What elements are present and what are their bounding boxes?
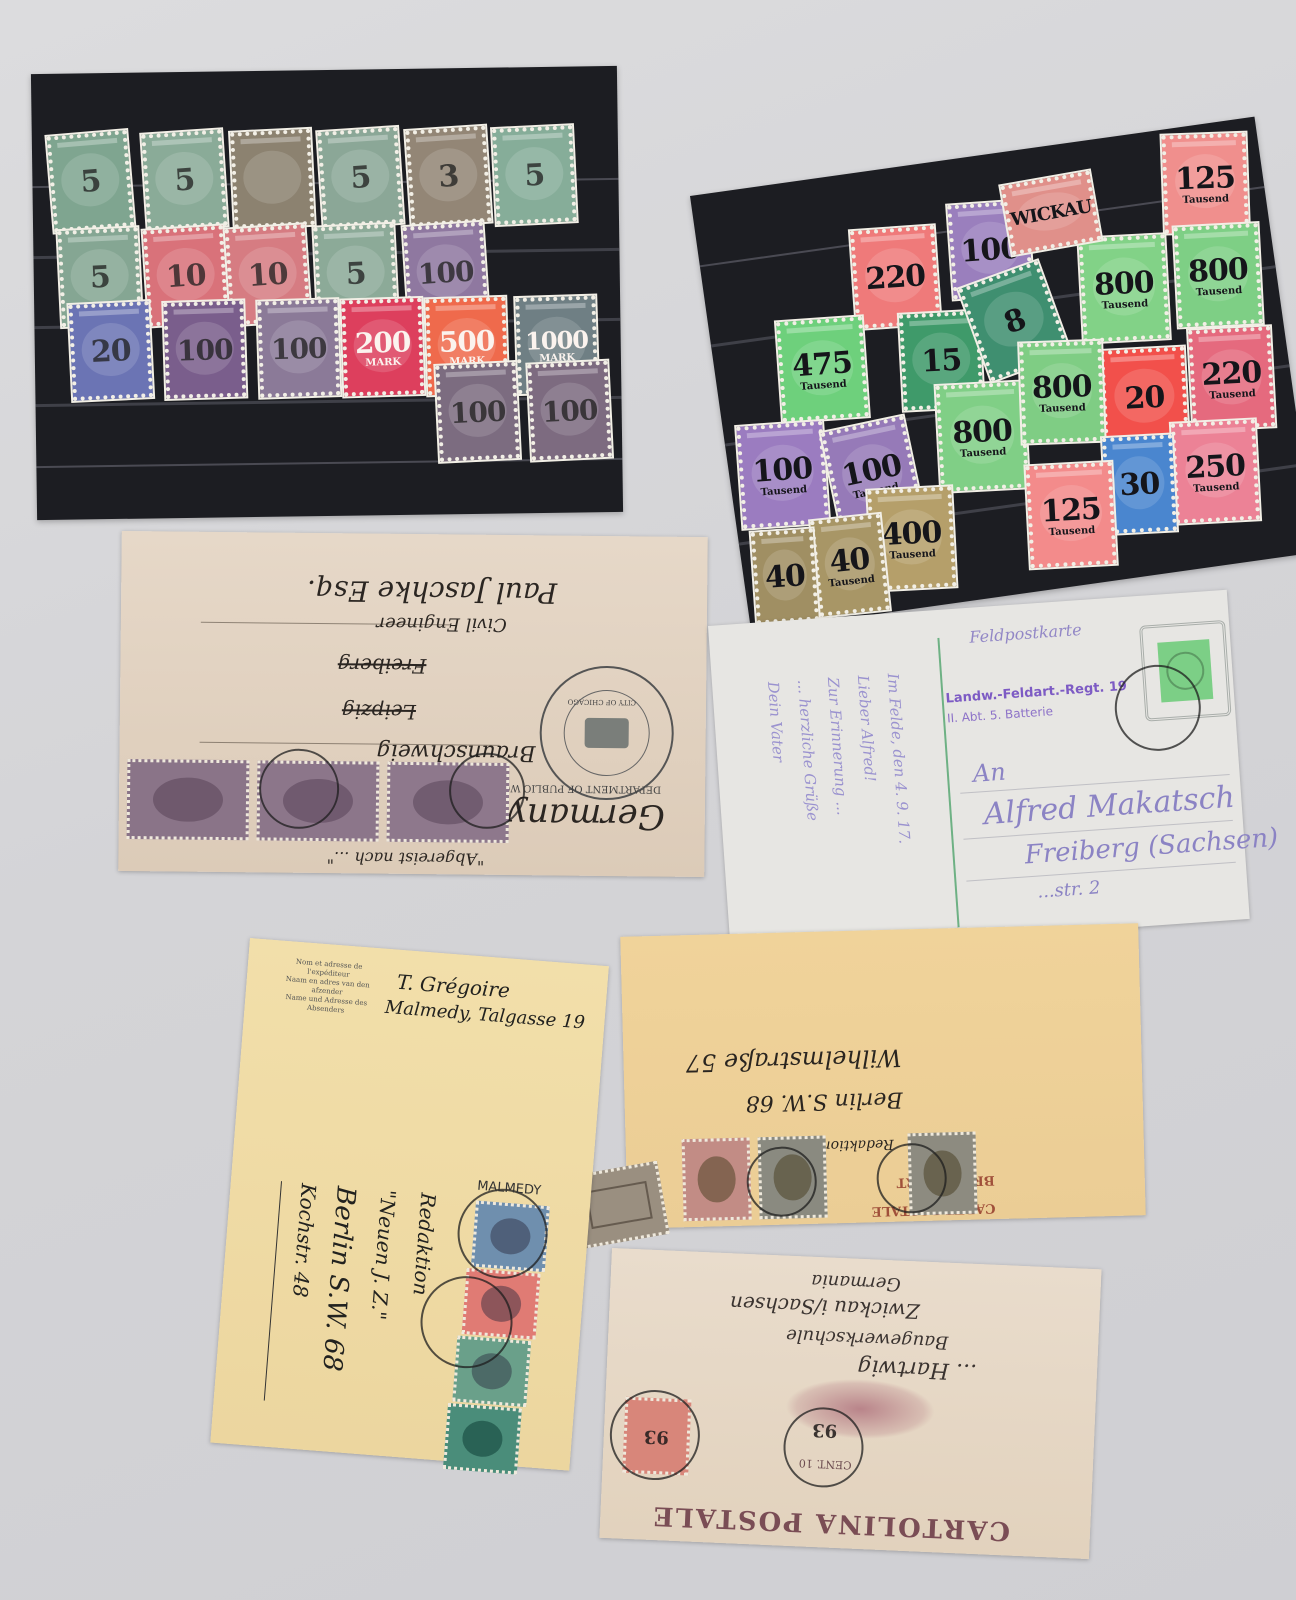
stamp-value: 5 [349,159,371,195]
value-text: CENT. 10 [799,1456,852,1471]
handwriting-line: Berlin S.W. 68 [745,1086,903,1115]
stamp: 250Tausend [1171,419,1260,523]
stamp-value: 800 [1093,265,1154,303]
stamp: 800Tausend [1019,341,1104,444]
recipient-line: "Neuen J. Z." [366,1189,400,1321]
postmark-year: 93 [812,1419,838,1441]
sender-address: Malmedy, Talgasse 19 [384,997,586,1034]
stamp: 100 [163,300,246,398]
stamp-subtext: Tausend [800,379,847,393]
stockcard-left: 5553551010510020100100200MARK500MARK1000… [31,66,623,520]
lion-icon [697,1156,735,1203]
stamp-header [324,231,384,239]
stamp: 5 [47,130,135,232]
stamp-value: 220 [1201,355,1262,393]
public-works-seal: DEPARTMENT OF PUBLIC WORKS CITY OF CHICA… [539,665,674,800]
handwriting-line: "Abgereist nach ..." [327,848,485,869]
stamp: 100 [435,362,520,462]
stamp-value: 100 [417,254,475,291]
card-belgian-malmedy: Nom et adresse de l'expéditeurNaam en ad… [210,938,609,1471]
stamp-value: 500 [438,324,494,359]
stamp-subtext: Tausend [1196,285,1243,298]
stamp: 3 [405,126,491,227]
stamp-header [946,389,1014,398]
stamp-header [1184,231,1248,239]
stamp-value: 20 [90,333,131,370]
postmark-cancel [449,752,526,829]
stamp-value: 800 [1031,369,1092,406]
postmark-cancel [259,748,340,829]
stamp: 125Tausend [1026,462,1117,568]
cover-chicago: Germany Braunschweig Leipzig Freiberg Ci… [118,531,708,877]
stamp-subtext: Tausend [1209,388,1256,401]
address-prefix: An [972,758,1007,788]
stamp-subtext: Tausend [760,484,807,498]
handwriting-line: Germany [507,795,665,837]
stamp: 20 [68,301,153,401]
stamp-value: 100 [449,394,506,430]
stamp-value: 5 [89,259,111,295]
stamp: 475Tausend [776,316,869,422]
stamp-value: 5 [345,256,367,292]
stamp: 125Tausend [1162,133,1249,234]
handwriting-line: Germania [811,1270,901,1295]
card-feldpost: Feldpostkarte Landw.-Feldart.-Regt. 19 I… [708,590,1250,955]
message-line: Im Felde, den 4. 9. 17. [884,673,914,845]
stamp-value: 5 [524,157,546,193]
handwriting-line: Wilhelmstraße 57 [685,1044,902,1078]
stamp: 100Tausend [736,421,829,529]
stamp: 200MARK [341,298,424,396]
sender-name: T. Grégoire [396,970,511,1003]
seal-inner-text: CITY OF CHICAGO [568,698,637,707]
stamp-header [761,536,803,544]
stamp-header [1110,354,1174,362]
message-text: Im Felde, den 4. 9. 17.Lieber Alfred!Zur… [752,671,948,923]
stamp-value: 15 [921,342,963,379]
message-line: Dein Vater [764,681,788,763]
unit-stamp: II. Abt. 5. Batterie [947,704,1054,725]
stamp-subtext: Tausend [1039,402,1086,415]
stamp-header [525,303,585,310]
stamp: 100 [527,361,612,461]
message-line: ... herzliche Grüße [794,679,822,822]
stamp-value: 100 [177,332,233,367]
recipient-city: Freiberg (Sachsen) [1024,823,1279,871]
stamp-value: 10 [165,257,207,295]
stamp-subtext: Tausend [1182,193,1229,206]
portrait-icon [461,1419,504,1458]
stamp: 100 [257,299,340,397]
card-belgian-briefkaart: Berlin S.W. 68 Wilhelmstraße 57 Redaktio… [620,923,1145,1228]
recipient-line: Berlin S.W. 68 [316,1185,360,1372]
stamp [230,129,315,229]
stamp-header [174,308,234,315]
stamp-header [152,137,212,146]
stamp-value: 125 [1040,492,1101,530]
stamp-subtext: Tausend [889,548,936,561]
stamp-header [821,522,871,532]
stamp-value: 5 [173,162,195,198]
stamp-subtext: Tausend [1048,525,1095,538]
card-title: CARTOLINA POSTALE [651,1500,1011,1546]
stamp-header [1029,348,1091,355]
stamp-value: 20 [1124,379,1166,416]
stamp-header [328,135,388,144]
stamp-oval [242,149,302,205]
card-header: Feldpostkarte [969,620,1082,647]
stamp: 40 [751,528,819,624]
message-line: Zur Erinnerung ... [824,677,852,816]
stamp-vignette [153,777,223,822]
stamp-value: 5 [79,163,102,200]
stamp-value: 800 [951,413,1012,451]
sender-labels: Nom et adresse de l'expéditeurNaam en ad… [270,956,384,1018]
stamp: 40Tausend [810,514,890,617]
stamp: 220Tausend [1188,326,1275,430]
stamp-value: 3 [437,158,459,194]
stamp-value: 30 [1119,466,1161,503]
stamp: 800Tausend [1174,223,1263,327]
stamp-header [538,368,598,376]
recipient-line: Kochstr. 48 [288,1182,321,1298]
stamp: 800Tausend [1078,234,1169,342]
stamp-value: 100 [271,331,327,366]
stamp-value: 400 [881,515,942,553]
stamp-header [79,309,139,317]
stamp-header [1089,242,1155,250]
handwriting-line: Baugewerkschule [786,1325,949,1353]
handwriting-line: Paul Jaschke Esq. [307,574,558,610]
city-hall-icon [585,718,629,748]
stamp-header [267,306,327,313]
stamp: 5 [492,125,577,225]
stamp-header [878,494,942,502]
stamp-pile: 125Tausend100220475Tausend158800Tausend8… [690,117,1254,196]
stamp-header [351,305,411,312]
stamp-header [240,136,300,144]
stamp-header [1198,334,1260,342]
stamp-header [747,429,813,439]
handwriting-line: Leipzig [342,699,416,724]
stamp: 800Tausend [936,381,1029,491]
stamp-header [1181,427,1245,435]
stamp-subtext: MARK [365,357,401,369]
stamp-header [235,232,295,241]
handwriting-line: Freiberg [338,653,427,678]
stamp [682,1138,752,1222]
stamp-subtext: Tausend [1193,481,1240,494]
building-icon [585,1181,653,1229]
stamp-header [1112,442,1162,450]
stockcard-right: 125Tausend100220475Tausend158800Tausend8… [690,117,1296,632]
stamp-header [786,324,852,334]
address-rule [264,1181,282,1400]
stamp-header [1036,469,1102,477]
stamp-value: 40 [764,558,806,596]
stamp-value: 220 [864,258,926,297]
stamp-header [413,229,473,238]
stamp-header [153,233,213,242]
stamp-header [909,318,969,326]
stamp-value: 800 [1187,252,1248,290]
stamp-header [57,138,117,148]
stamp-grid: 5553551010510020100100200MARK500MARK1000… [31,66,617,74]
stamp-header [416,133,476,142]
stamp-header [435,304,495,311]
message-line: Lieber Alfred! [854,675,879,783]
card-italian: CARTOLINA POSTALE ... Hartwig Baugewerks… [599,1248,1101,1559]
stamp-value: 100 [541,393,598,429]
stamp-value: 10 [247,256,289,294]
stamp-header [860,233,924,242]
stamp-value: 250 [1185,448,1246,486]
stamp: 5 [317,127,403,228]
stamp [443,1403,522,1475]
handwriting-line: Zwickau i/Sachsen [729,1291,920,1323]
unit-stamp: Landw.-Feldart.-Regt. 19 [945,679,1127,707]
stamp-header [446,369,506,377]
stamp-header [502,133,562,141]
recipient-line: Redaktion [409,1192,441,1297]
stamp-header [68,235,128,243]
stamp [127,759,250,840]
stamp-value: 200 [354,325,410,360]
stamp-value: 1000 [525,325,589,356]
recipient-street: ...str. 2 [1037,877,1101,902]
stamp-value: 125 [1175,160,1236,197]
stamp: 5 [141,129,227,230]
stamp-header [1172,140,1236,147]
